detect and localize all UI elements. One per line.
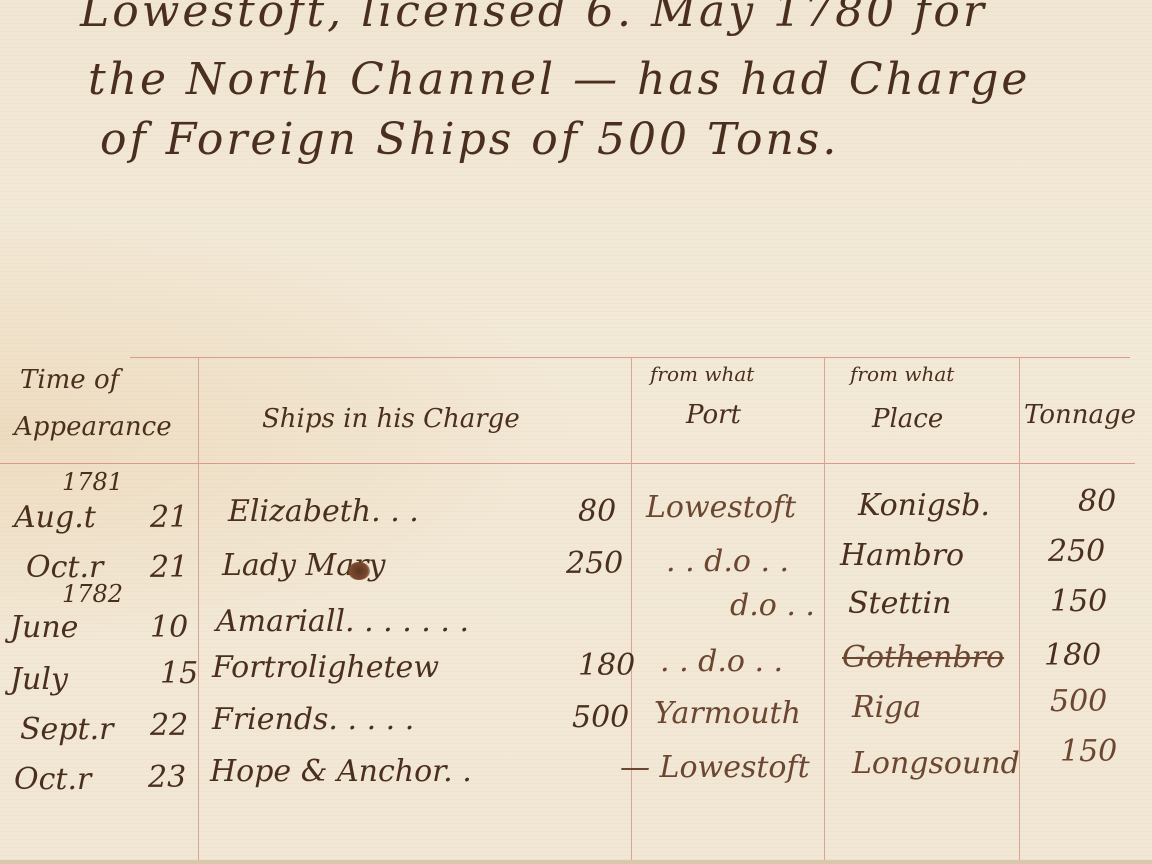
row-month: Sept.r bbox=[20, 712, 113, 747]
row-tonnage: 150 bbox=[1050, 584, 1107, 619]
row-place: Hambro bbox=[840, 538, 964, 573]
row-place: Gothenbro bbox=[842, 640, 1004, 675]
row-tonnage: 80 bbox=[1078, 484, 1116, 519]
column-divider-place bbox=[1019, 357, 1020, 864]
row-day: 21 bbox=[150, 500, 188, 535]
row-tonnage: 250 bbox=[1048, 534, 1105, 569]
row-month: Oct.r bbox=[26, 550, 103, 585]
header-bottom-rule bbox=[0, 463, 1135, 464]
row-ship: Friends. . . . . bbox=[212, 702, 414, 737]
row-tonnage: 500 bbox=[1050, 684, 1107, 719]
row-port: Yarmouth bbox=[654, 696, 801, 731]
row-place: Longsound bbox=[852, 746, 1020, 781]
header-port-line1: from what bbox=[650, 362, 754, 386]
row-place: Riga bbox=[852, 690, 921, 725]
header-port-line2: Port bbox=[686, 400, 741, 430]
column-divider-port bbox=[824, 357, 825, 864]
row-month: Oct.r bbox=[14, 762, 91, 797]
row-ship: Elizabeth. . . bbox=[228, 494, 419, 529]
row-day: 15 bbox=[160, 656, 198, 691]
year-1781: 1781 bbox=[62, 468, 123, 496]
heading-line-2: the North Channel — has had Charge bbox=[88, 54, 1030, 105]
header-time-line2: Appearance bbox=[14, 412, 172, 442]
row-port: . . d.o . . bbox=[666, 544, 789, 579]
header-place-line1: from what bbox=[850, 362, 954, 386]
row-month: July bbox=[10, 662, 68, 697]
row-ship: Amariall. . . . . . . bbox=[216, 604, 469, 639]
row-place: Konigsb. bbox=[858, 488, 990, 523]
row-month: June bbox=[10, 610, 78, 645]
ink-stain bbox=[348, 562, 370, 580]
row-place: Stettin bbox=[848, 586, 951, 621]
row-day: 22 bbox=[150, 708, 188, 743]
row-port: — Lowestoft bbox=[620, 750, 810, 785]
header-place-line2: Place bbox=[872, 404, 943, 434]
row-tonnage: 150 bbox=[1060, 734, 1117, 769]
row-port: Lowestoft bbox=[646, 490, 796, 525]
row-ship-tons: 250 bbox=[566, 546, 623, 581]
row-month: Aug.t bbox=[14, 500, 96, 535]
heading-line-3: of Foreign Ships of 500 Tons. bbox=[100, 114, 839, 165]
row-port: . . d.o . . bbox=[660, 644, 783, 679]
row-ship: Hope & Anchor. . bbox=[210, 754, 472, 789]
heading-line-1: Lowestoft, licensed 6. May 1780 for bbox=[80, 0, 987, 37]
row-ship-tons: 500 bbox=[572, 700, 629, 735]
row-day: 10 bbox=[150, 610, 188, 645]
row-ship: Fortrolighetew bbox=[212, 650, 439, 685]
row-ship-tons: 180 bbox=[578, 648, 635, 683]
row-port: d.o . . bbox=[730, 588, 815, 623]
column-divider-time bbox=[198, 357, 199, 864]
header-ships: Ships in his Charge bbox=[262, 404, 520, 434]
column-divider-ships bbox=[631, 357, 632, 864]
header-time-line1: Time of bbox=[20, 365, 119, 395]
row-tonnage: 180 bbox=[1044, 638, 1101, 673]
row-ship-tons: 80 bbox=[578, 494, 616, 529]
row-day: 23 bbox=[148, 760, 186, 795]
row-day: 21 bbox=[150, 550, 188, 585]
table-top-rule bbox=[130, 357, 1130, 358]
header-tonnage: Tonnage bbox=[1024, 400, 1136, 430]
page-bottom-edge bbox=[0, 860, 1152, 864]
